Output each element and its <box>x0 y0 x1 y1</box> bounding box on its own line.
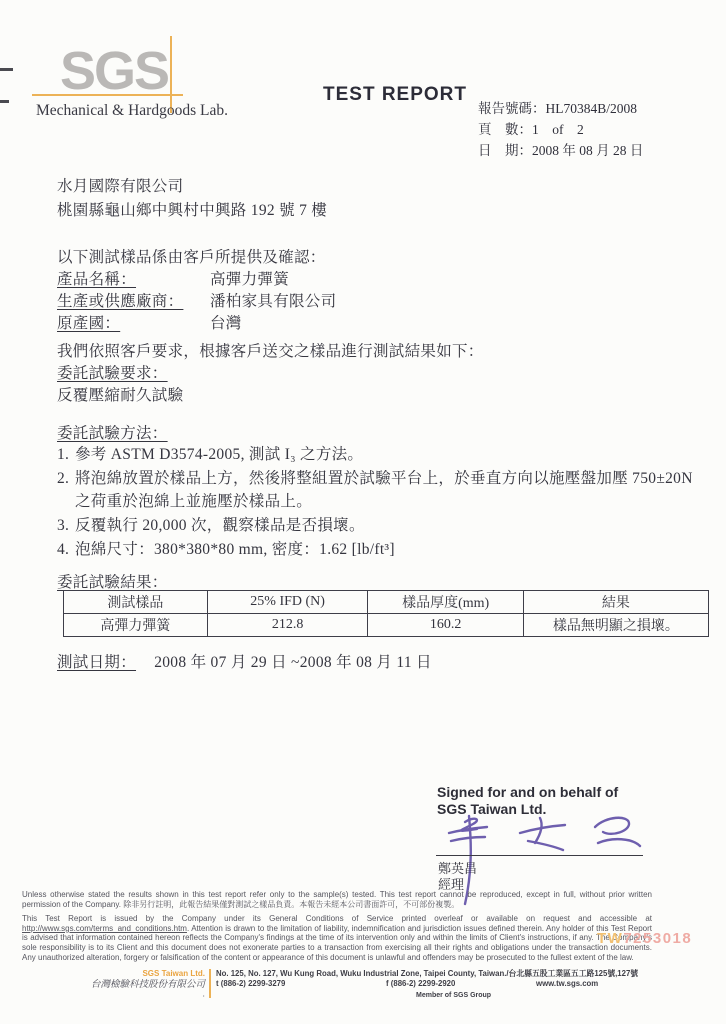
test-result-label: 委託試驗結果： <box>57 570 168 592</box>
supplier-value: 潘柏家具有限公司 <box>210 289 336 311</box>
method-text: 反覆執行 20,000 次，觀察樣品是否損壞。 <box>75 514 702 537</box>
product-name-label: 產品名稱： <box>57 267 210 289</box>
report-date-row: 日 期：2008 年 08 月 28 日 <box>478 140 643 161</box>
scan-artifact <box>0 68 13 71</box>
report-number-value: HL70384B/2008 <box>546 101 638 116</box>
footer-company-en: SGS Taiwan Ltd. <box>90 969 205 979</box>
logo-horizontal-rule <box>32 94 183 96</box>
method-text: 將泡綿放置於樣品上方，然後將整組置於試驗平台上，於垂直方向以施壓盤加壓 750±… <box>75 467 702 513</box>
results-cell-ifd: 212.8 <box>207 614 368 637</box>
test-request-label: 委託試驗要求： <box>57 361 168 383</box>
method-item: 4. 泡綿尺寸：380*380*80 mm, 密度：1.62 [lb/ft³] <box>57 538 702 561</box>
test-report-page: SGS Mechanical & Hardgoods Lab. TEST REP… <box>0 0 726 1024</box>
watermark-digits: 7253018 <box>623 930 692 947</box>
report-watermark-number: TW7253018 <box>597 930 692 947</box>
footer-company-zh: 台灣檢驗科技股份有限公司 <box>90 979 205 991</box>
footer-address-block: No. 125, No. 127, Wu Kung Road, Wuku Ind… <box>216 969 711 999</box>
test-request-value: 反覆壓縮耐久試驗 <box>57 383 183 405</box>
origin-country-label: 原產國： <box>57 311 210 333</box>
watermark-prefix: TW <box>597 930 623 947</box>
product-name-value: 高彈力彈簧 <box>210 267 289 289</box>
footer-telephone: t (886-2) 2299-3279 <box>216 979 386 989</box>
test-date-row: 測試日期： 2008 年 07 月 29 日 ~2008 年 08 月 11 日 <box>57 650 432 672</box>
method-item: 1. 參考 ASTM D3574-2005, 測試 I₃ 之方法。 <box>57 443 702 466</box>
results-cell-sample: 高彈力彈簧 <box>64 614 208 637</box>
results-table: 測試樣品 25% IFD (N) 樣品厚度(mm) 結果 高彈力彈簧 212.8… <box>63 590 709 637</box>
client-address: 桃園縣龜山鄉中興村中興路 192 號 7 樓 <box>57 198 327 220</box>
scan-artifact <box>0 100 9 103</box>
method-number: 4. <box>57 538 75 561</box>
test-statement: 我們依照客戶要求，根據客戶送交之樣品進行測試結果如下： <box>57 339 484 361</box>
footer-divider <box>209 969 211 998</box>
footer-member-of-sgs: Member of SGS Group <box>416 992 711 999</box>
report-number-label: 報告號碼： <box>478 101 546 116</box>
results-table-data-row: 高彈力彈簧 212.8 160.2 樣品無明顯之損壞。 <box>64 614 709 637</box>
sample-field-row: 生產或供應廠商： 潘柏家具有限公司 <box>57 289 336 311</box>
page-number-value: 1 of 2 <box>532 122 584 137</box>
sgs-logo: SGS <box>60 40 168 102</box>
legal-disclaimer: Unless otherwise stated the results show… <box>22 890 652 962</box>
page-number-label: 頁 數： <box>478 122 532 137</box>
legal-paragraph-2: This Test Report is issued by the Compan… <box>22 914 652 962</box>
method-number: 1. <box>57 443 75 466</box>
footer-company-block: SGS Taiwan Ltd. 台灣檢驗科技股份有限公司 · <box>90 969 205 1003</box>
footer-contact-row: t (886-2) 2299-3279 f (886-2) 2299-2920 … <box>216 979 711 989</box>
legal-paragraph-1: Unless otherwise stated the results show… <box>22 890 652 909</box>
lab-name: Mechanical & Hardgoods Lab. <box>36 102 228 120</box>
results-header-sample: 測試樣品 <box>64 591 208 614</box>
sample-field-row: 原產國： 台灣 <box>57 311 242 333</box>
footer-website: www.tw.sgs.com <box>536 979 598 989</box>
results-header-thickness: 樣品厚度(mm) <box>368 591 523 614</box>
page-title: TEST REPORT <box>323 84 467 106</box>
client-name: 水月國際有限公司 <box>57 174 183 196</box>
report-date-label: 日 期： <box>478 143 532 158</box>
method-number: 2. <box>57 467 75 513</box>
test-date-label: 測試日期： <box>57 654 136 671</box>
report-info-block: 報告號碼：HL70384B/2008 頁 數：1 of 2 日 期：2008 年… <box>478 98 643 161</box>
results-header-ifd: 25% IFD (N) <box>207 591 368 614</box>
footer-footnote-dot: · <box>90 991 205 1003</box>
test-method-list: 1. 參考 ASTM D3574-2005, 測試 I₃ 之方法。 2. 將泡綿… <box>57 443 702 562</box>
terms-url: http://www.sgs.com/terms_and_conditions.… <box>22 924 187 933</box>
sample-field-row: 產品名稱： 高彈力彈簧 <box>57 267 289 289</box>
test-method-label: 委託試驗方法： <box>57 421 168 443</box>
results-cell-result: 樣品無明顯之損壞。 <box>523 614 708 637</box>
report-number-row: 報告號碼：HL70384B/2008 <box>478 98 643 119</box>
footer-address: No. 125, No. 127, Wu Kung Road, Wuku Ind… <box>216 969 711 979</box>
method-item: 2. 將泡綿放置於樣品上方，然後將整組置於試驗平台上，於垂直方向以施壓盤加壓 7… <box>57 467 702 513</box>
results-table-header-row: 測試樣品 25% IFD (N) 樣品厚度(mm) 結果 <box>64 591 709 614</box>
signature-rule <box>436 855 643 856</box>
method-text: 參考 ASTM D3574-2005, 測試 I₃ 之方法。 <box>75 443 702 466</box>
page-number-row: 頁 數：1 of 2 <box>478 119 643 140</box>
footer-fax: f (886-2) 2299-2920 <box>386 979 536 989</box>
method-item: 3. 反覆執行 20,000 次，觀察樣品是否損壞。 <box>57 514 702 537</box>
legal-para2-pre: This Test Report is issued by the Compan… <box>22 914 652 923</box>
method-text: 泡綿尺寸：380*380*80 mm, 密度：1.62 [lb/ft³] <box>75 538 702 561</box>
results-header-result: 結果 <box>523 591 708 614</box>
legal-para1-zh: 除非另行註明，此報告結果僅對測試之樣品負責。本報告未經本公司書面許可，不可部份複… <box>123 900 459 909</box>
origin-country-value: 台灣 <box>210 311 242 333</box>
signature-heading-line1: Signed for and on behalf of <box>437 784 618 801</box>
test-date-value: 2008 年 07 月 29 日 ~2008 年 08 月 11 日 <box>154 654 432 671</box>
results-cell-thickness: 160.2 <box>368 614 523 637</box>
supplier-label: 生產或供應廠商： <box>57 289 210 311</box>
method-number: 3. <box>57 514 75 537</box>
sample-intro: 以下測試樣品係由客戶所提供及確認： <box>57 245 326 267</box>
report-date-value: 2008 年 08 月 28 日 <box>532 143 643 158</box>
